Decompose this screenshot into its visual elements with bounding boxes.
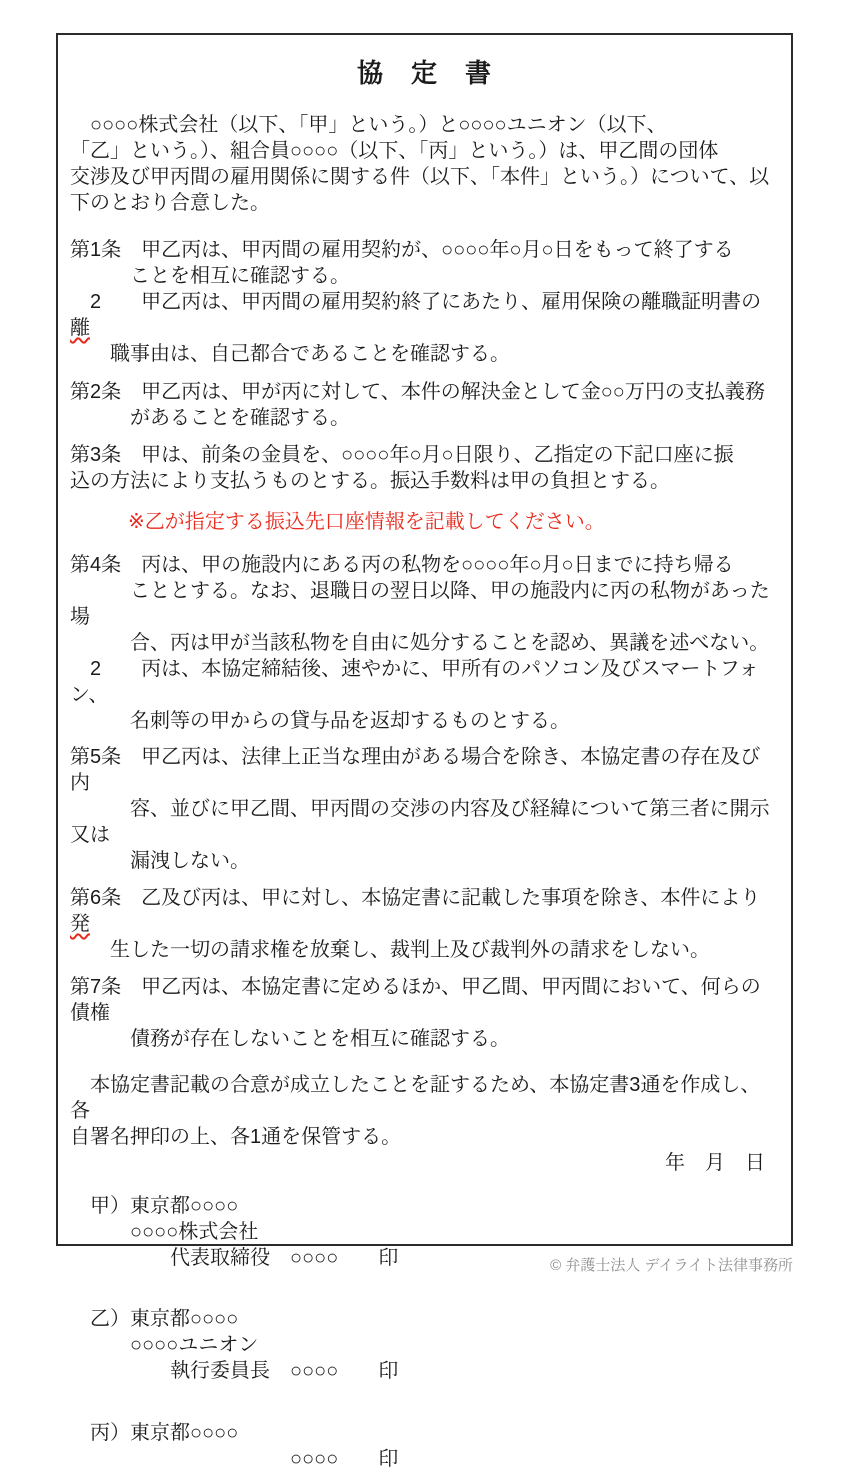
article-1-text: 第1条 甲乙丙は、甲丙間の雇用契約が、○○○○年○月○日をもって終了する ことを… bbox=[70, 239, 761, 313]
article-2: 第2条 甲乙丙は、甲が丙に対して、本件の解決金として金○○万円の支払義務 がある… bbox=[70, 379, 779, 431]
signature-party-c: 丙）東京都○○○○ ○○○○ 印 bbox=[70, 1420, 779, 1472]
date-line: 年 月 日 bbox=[70, 1150, 779, 1176]
copyright-footer: © 弁護士法人 デイライト法律事務所 bbox=[550, 1254, 793, 1275]
screenshot-root: { "document": { "title": "協 定 書", "pream… bbox=[0, 0, 850, 1302]
article-6-spellcheck-flagged-char: 発 bbox=[70, 913, 90, 935]
article-1-text-continued: 職事由は、自己都合であることを確認する。 bbox=[70, 343, 510, 365]
preamble-paragraph: ○○○○株式会社（以下、「甲」という。）と○○○○ユニオン（以下、 「乙」という… bbox=[70, 112, 779, 216]
agreement-page: 協 定 書 ○○○○株式会社（以下、「甲」という。）と○○○○ユニオン（以下、 … bbox=[56, 33, 793, 1246]
article-1: 第1条 甲乙丙は、甲丙間の雇用契約が、○○○○年○月○日をもって終了する ことを… bbox=[70, 237, 779, 367]
article-4: 第4条 丙は、甲の施設内にある丙の私物を○○○○年○月○日までに持ち帰る ことと… bbox=[70, 552, 779, 734]
article-1-spellcheck-flagged-char: 離 bbox=[70, 317, 90, 339]
article-3: 第3条 甲は、前条の金員を、○○○○年○月○日限り、乙指定の下記口座に振 込の方… bbox=[70, 442, 779, 494]
article-6: 第6条 乙及び丙は、甲に対し、本協定書に記載した事項を除き、本件により発 生した… bbox=[70, 885, 779, 963]
payment-account-note: ※乙が指定する振込先口座情報を記載してください。 bbox=[70, 509, 779, 535]
article-7: 第7条 甲乙丙は、本協定書に定めるほか、甲乙間、甲丙間において、何らの債権 債務… bbox=[70, 974, 779, 1052]
article-5: 第5条 甲乙丙は、法律上正当な理由がある場合を除き、本協定書の存在及び内 容、並… bbox=[70, 744, 779, 874]
closing-paragraph: 本協定書記載の合意が成立したことを証するため、本協定書3通を作成し、各 自署名押… bbox=[70, 1072, 779, 1150]
article-6-text: 第6条 乙及び丙は、甲に対し、本協定書に記載した事項を除き、本件により bbox=[70, 887, 760, 909]
signature-party-b: 乙）東京都○○○○ ○○○○ユニオン 執行委員長 ○○○○ 印 bbox=[70, 1306, 779, 1384]
article-6-text-continued: 生した一切の請求権を放棄し、裁判上及び裁判外の請求をしない。 bbox=[70, 939, 710, 961]
document-title: 協 定 書 bbox=[70, 53, 779, 90]
